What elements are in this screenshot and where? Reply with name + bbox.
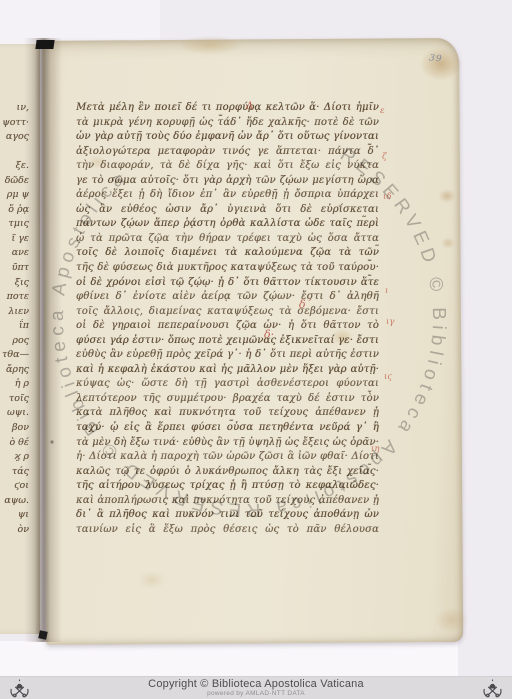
manuscript-line: κατὰ πλῆθος καὶ πυκνότητα τοῦ τείχους ἀπ… [76,406,379,421]
facing-page-text-fragment: ΐπ [0,319,29,334]
red-margin-numeral: ιγ [386,317,394,327]
facing-page-text-fragment: ἄρης [0,363,29,378]
red-margin-numeral: ζ [382,152,387,162]
facing-page-text-fragment: ανε [0,246,29,261]
facing-page-edge: ιν,ψοττ·αγος ξε.δῶδερμ ψὅ ῥᾳτμιςῖ γεανεῦ… [0,44,40,634]
facing-page-text-fragment: ὅ ῥᾳ [0,203,29,218]
facing-page-text-fragment: ἡ ρ [0,377,29,392]
manuscript-line: ἀέρος ἕξει ᾗ δὴ ἴδιον ἐπ᾽ ἂν εὑρεθῇ ᾗ ὄσ… [76,188,379,203]
facing-page-text-fragment [0,145,29,160]
viewer-canvas: ιν,ψοττ·αγος ξε.δῶδερμ ψὅ ῥᾳτμιςῖ γεανεῦ… [0,0,512,699]
manuscript-line: ἀξιολογώτερα μεταφορὰν τινός γε ἅπτεται·… [76,145,379,160]
facing-page-text-fragment: ῖ γε [0,232,29,247]
footer-copyright: Copyright © Biblioteca Apostolica Vatica… [0,678,512,690]
manuscript-line: ὡς ἂν εὐθέος ὦσιν ἄρ᾽ ὑγιεινὰ ὅτι δὲ εὑρ… [76,203,379,218]
manuscript-line: ταινίων εἷς ἃ ἕξω πρὸς θέσεις ὡς τὸ πᾶν … [76,523,379,538]
facing-page-text-fragment: ψι [0,508,29,523]
manuscript-line: καὶ ἡ κεφαλὴ ἑκάστου καὶ ἧς μᾶλλον μὲν ἥ… [76,363,379,378]
manuscript-photo: ιν,ψοττ·αγος ξε.δῶδερμ ψὅ ῥᾳτμιςῖ γεανεῦ… [0,0,512,676]
facing-page-text-fragment: ρμ ψ [0,188,29,203]
red-margin-numeral: ε [380,106,385,116]
facing-page-text-fragment: ῦπτ [0,261,29,276]
manuscript-text-block: Μετὰ μέλη ἓν ποιεῖ δέ τι πορφύρᾳ κελτῶν … [76,101,379,537]
manuscript-line: τοῖς ἄλλοις, διαμείνας καταψύξεως τὰ σεβ… [76,305,379,320]
manuscript-line: πάντων ζῴων ἅπερ ῥᾴστη ὀρθὰ καλλίστα ὧδε… [76,217,379,232]
manuscript-line: λεπτότερον τῆς συμμέτρου· βραχέα ταχὺ δέ… [76,392,379,407]
vatican-emblem-icon [482,678,503,699]
binding-notch-bottom [38,630,47,639]
facing-page-text-fragment: αψω. [0,494,29,509]
manuscript-line: ταχύ· ᾧ εἷς ἃ ἕρπει φύσει οὖσα πετηθέντα… [76,421,379,436]
manuscript-line: φύσει γάρ ἐστιν· ὅπως ποτὲ χειμῶνας ἐξικ… [76,334,379,349]
footer-text: Copyright © Biblioteca Apostolica Vatica… [0,678,512,698]
red-margin-numeral: ιϛ [384,372,392,382]
facing-page-text-fragment: ξις [0,276,29,291]
manuscript-line: κύψας ὡς· ὥστε δὴ τῇ γαστρὶ ἀσθενέστεροι… [76,377,379,392]
facing-page-text-fragment: ψοττ· [0,116,29,131]
manuscript-line: καλῶς τῷ τε ὀφρύι ὁ λυκάνθρωπος ἄλκη τὰς… [76,465,379,480]
facing-page-text-fragment: τθα— [0,348,29,363]
red-section-mark: δ´ [299,298,311,311]
binding-notch-top [35,40,54,49]
manuscript-line: ὧν γὰρ αὐτῇ τοὺς δύο ἐμφανῆ ὧν ἄρ᾽ ὅτι ο… [76,130,379,145]
facing-page-text-fragment: ϛοι [0,479,29,494]
manuscript-line: τὰ μὲν δὴ ἔξω τινά· εὐθὺς ἂν τῇ ὑψηλῇ ὡς… [76,436,379,451]
manuscript-line: οἱ δὲ χρόνοι εἰσὶ τῷ ζῴῳ· ᾗ δ᾽ ὅτι θᾶττο… [76,276,379,291]
manuscript-line: φθίνει δ᾽ ἐνίοτε αἰὲν ἀείρᾳ τῶν ζῴων· ἔσ… [76,290,379,305]
facing-page-text-fragment: αγος [0,130,29,145]
red-margin-numeral: ι [385,286,388,296]
facing-page-text-fragment: ιν, [0,101,29,116]
facing-page-text-fragment: τοῖς [0,392,29,407]
folio-number: 39 [429,53,443,64]
facing-page-text-fragment: δῶδε [0,174,29,189]
facing-page-text-fragment: ρος [0,334,29,349]
facing-page-text-fragment: ϗ ρ [0,450,29,465]
facing-page-text-fragment: λιεν [0,305,29,320]
facing-page-text-fragment: ποτε [0,290,29,305]
manuscript-line: καὶ ἀποπλήρωσις καὶ πυκνότητα τοῦ τείχου… [76,494,379,509]
footer-powered-by: powered by AMLAD·NTT DATA [0,690,512,698]
manuscript-line: τῆς αἰτήρου λύσεως τρίχας ᾗ ἢ πτύσῃ τὸ κ… [76,479,379,494]
facing-page-text-fragment: ὸ θέ [0,436,29,451]
manuscript-line: δι᾽ ἃ πλῆθος καὶ πυκνόν τινι τοῦ τείχους… [76,508,379,523]
facing-page-text-fragment: τάς [0,465,29,480]
manuscript-line: οἱ δὲ γηραιοὶ πεπεραίνουσι ζῷα ὧν· ἦ ὅτι… [76,319,379,334]
manuscript-line: εὐθὺς ἂν εὑρεθῇ πρὸς χεῖρά γ᾽· ἡ δ᾽ ὅτι … [76,348,379,363]
manuscript-line: τὴν διαφοράν, τὰ δὲ δίχα γῆς· καὶ ὅτι ἔξ… [76,159,379,174]
background-bottom [0,641,458,676]
facing-page-text-fragment: ὸν [0,523,29,538]
manuscript-line: ἦ· Δίοτι καλὰ ἡ παροχὴ τῶν ὡρῶν ζῶσι ἃ ἰ… [76,450,379,465]
red-section-mark: Δ [246,101,253,112]
facing-page-text-fragment: ωψι. [0,406,29,421]
facing-page-text-fragment: ξε. [0,159,29,174]
manuscript-line: ᾧ τὰ πρῶτα ζῷα τὴν θήραν τρέφει ταχὺ ὡς … [76,232,379,247]
footer-bar: Copyright © Biblioteca Apostolica Vatica… [0,676,512,699]
manuscript-line: τῆς δὲ φύσεως διὰ μυκτῆρος καταψύξεως τὰ… [76,261,379,276]
red-section-mark: δ· [264,328,274,341]
red-margin-numeral: ιδ [383,192,391,202]
facing-page-text-fragment: τμις [0,217,29,232]
facing-page-text-fragment: βον [0,421,29,436]
red-margin-numeral: ιη [371,444,379,454]
manuscript-line: τοῖς δὲ λοιποῖς διαμένει τὰ καλούμενα ζῷ… [76,246,379,261]
manuscript-line: γε τὸ σῶμα αὐτοῖς· ὅτι γὰρ ἀρχὴ τῶν ζῴων… [76,174,379,189]
manuscript-line: Μετὰ μέλη ἓν ποιεῖ δέ τι πορφύρᾳ κελτῶν … [76,101,379,116]
background-top [0,0,160,44]
manuscript-line: τὰ μικρὰ γένη κορυφῇ ὡς τάδ᾽ ἥδε χαλκῆς·… [76,116,379,131]
